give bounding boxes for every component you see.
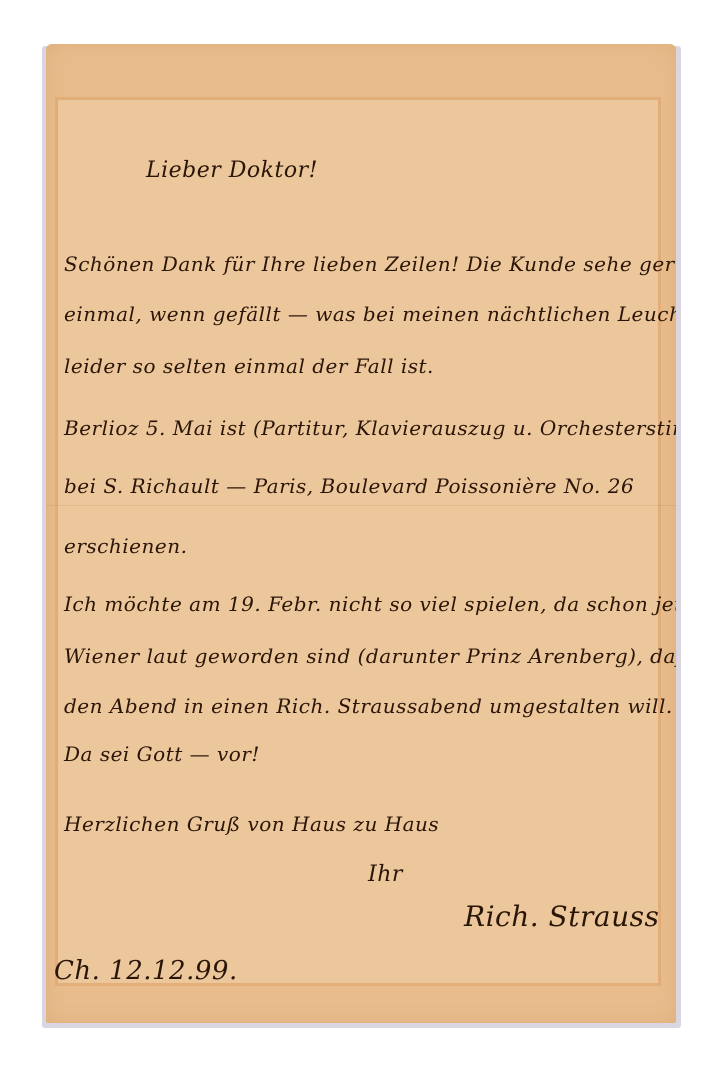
body-line-5: bei S. Richault — Paris, Boulevard Poiss… [64,474,634,498]
body-line-10: Da sei Gott — vor! [64,742,260,766]
paper-fold-line [46,505,676,506]
closing-line: Herzlichen Gruß von Haus zu Haus [64,812,439,836]
signature: Rich. Strauss [464,900,659,933]
body-line-7: Ich möchte am 19. Febr. nicht so viel sp… [64,592,676,616]
body-line-4: Berlioz 5. Mai ist (Partitur, Klavieraus… [64,416,676,440]
body-line-2: einmal, wenn gefällt — was bei meinen nä… [64,302,676,326]
body-line-1: Schönen Dank für Ihre lieben Zeilen! Die… [64,252,676,276]
letter-date: Ch. 12.12.99. [54,956,238,986]
salutation: Lieber Doktor! [146,158,318,183]
body-line-6: erschienen. [64,534,187,558]
body-line-9: den Abend in einen Rich. Straussabend um… [64,694,673,718]
letter-paper: Lieber Doktor! Schönen Dank für Ihre lie… [46,44,676,1023]
body-line-3: leider so selten einmal der Fall ist. [64,354,434,378]
body-line-8: Wiener laut geworden sind (darunter Prin… [64,644,676,668]
closing-mark: Ihr [368,862,403,887]
